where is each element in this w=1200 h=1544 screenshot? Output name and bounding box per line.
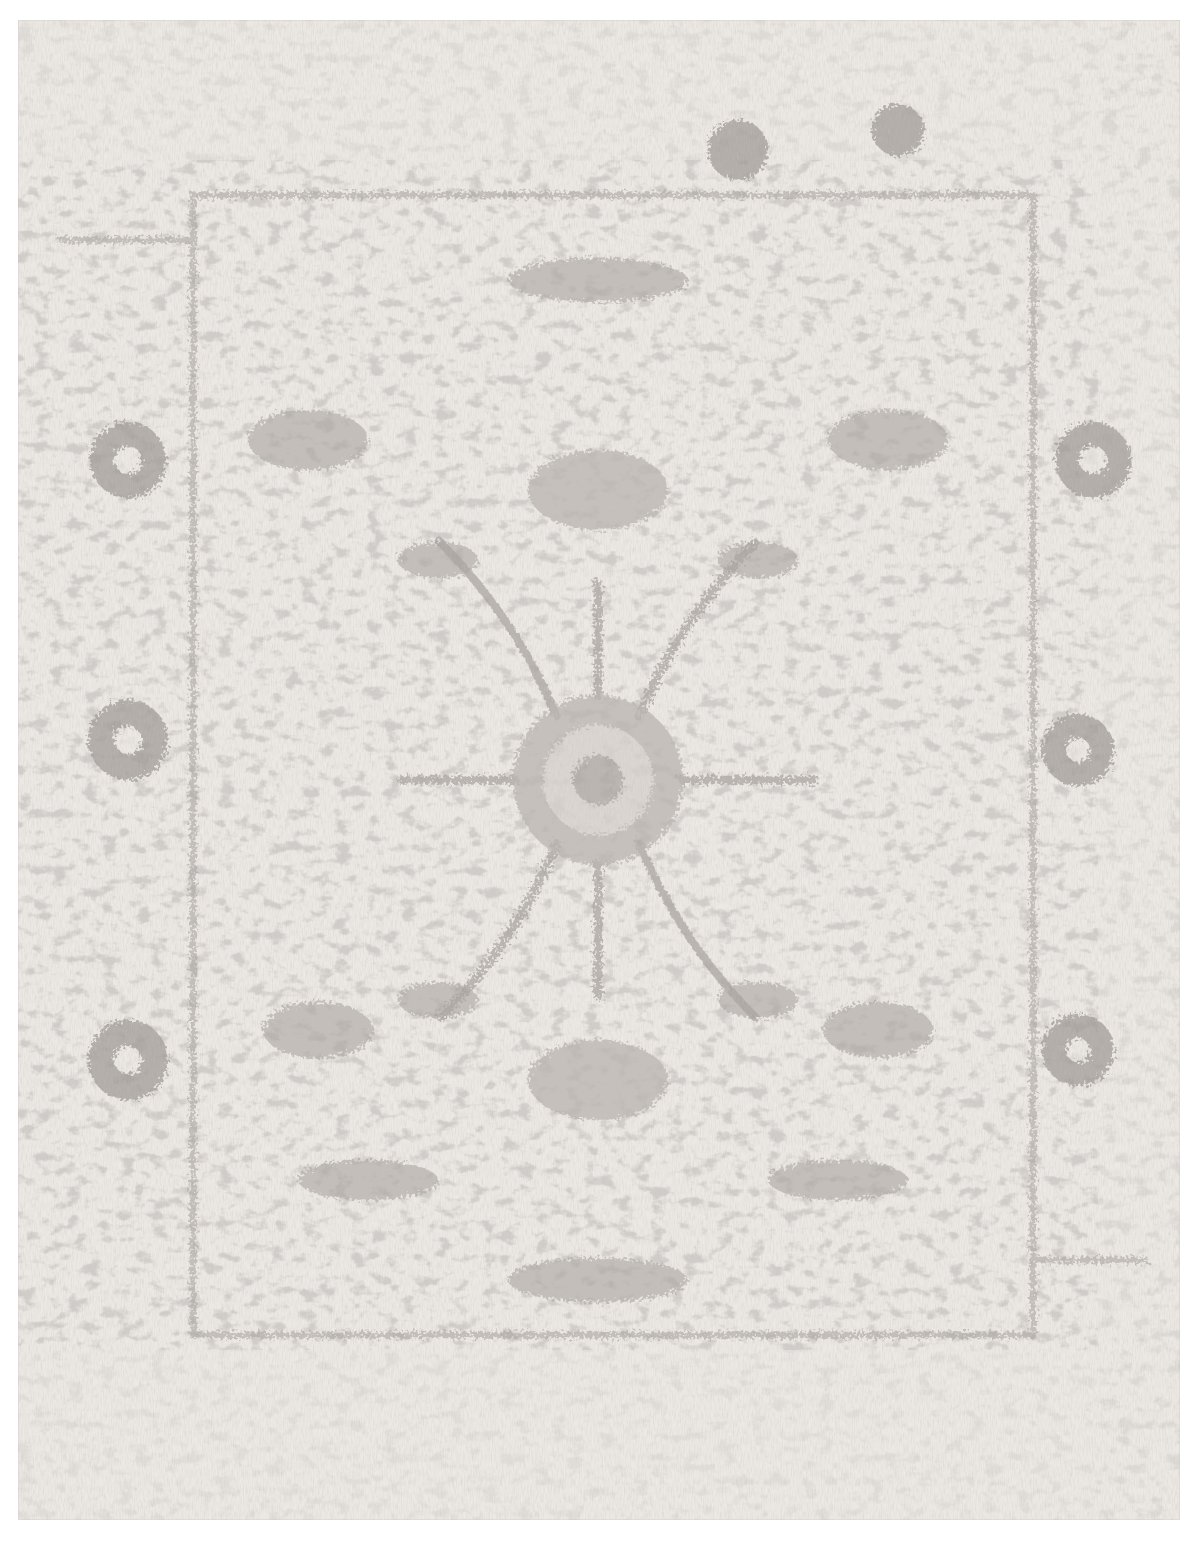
abrash-streaks — [18, 20, 1180, 1520]
rug-photo — [18, 20, 1180, 1520]
rug-pattern — [18, 20, 1180, 1520]
